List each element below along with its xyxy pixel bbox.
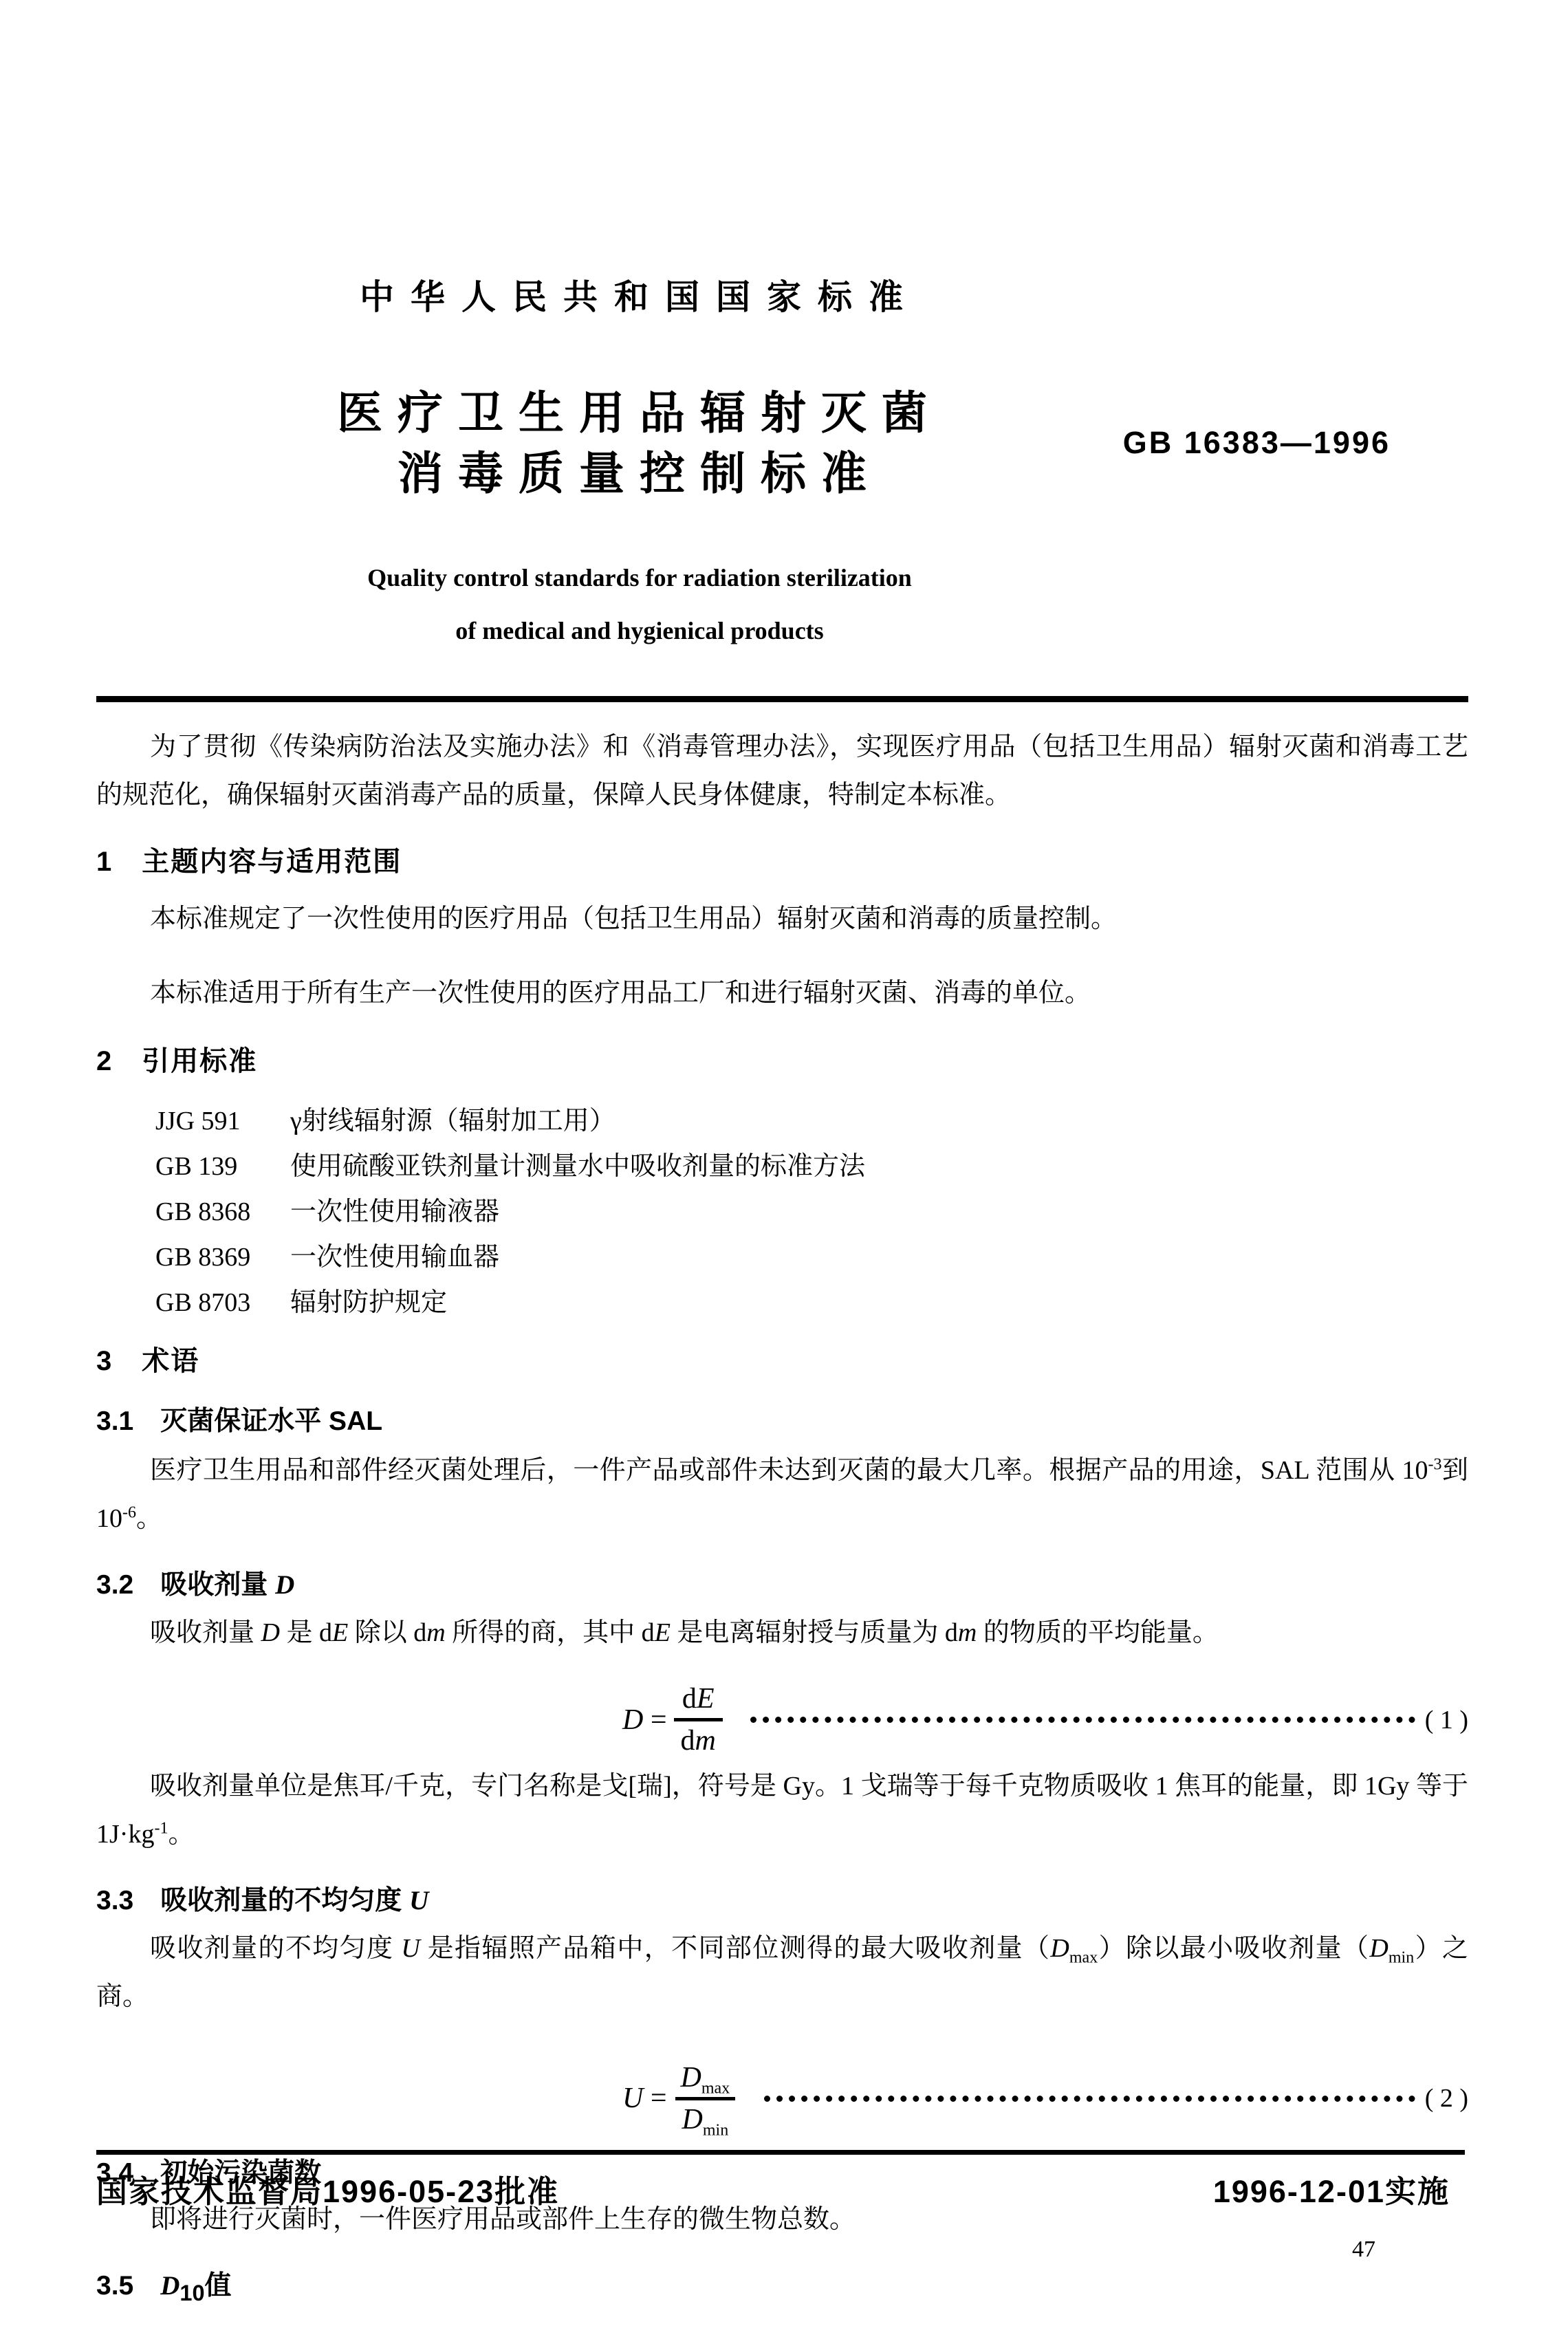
reference-title: 一次性使用输液器 [271,1197,499,1226]
reference-title: 一次性使用输血器 [271,1243,499,1272]
formula-1-dotted-leader [750,1717,1415,1723]
page-number: 47 [1352,2237,1375,2263]
formula-2-dotted-leader [764,2096,1415,2102]
term-3-5-heading: 3.5 D10值 [96,2270,1468,2309]
formula-2-lhs: U = [622,2082,667,2115]
formula-2-numerator: Dmax [674,2062,737,2097]
reference-code: GB 8369 [155,1235,271,1280]
formula-1-lhs: D = [622,1704,667,1737]
formula-1-numerator: dE [675,1683,721,1718]
section-2-heading: 2 引用标准 [96,1045,1468,1078]
footer-divider [96,2150,1465,2155]
section-1-paragraph-1: 本标准规定了一次性使用的医疗用品（包括卫生用品）辐射灭菌和消毒的质量控制。 [96,895,1468,943]
formula-2-fraction: Dmax Dmin [674,2062,737,2135]
document-page: GB 16383—1996 中华人民共和国国家标准 医疗卫生用品辐射灭菌 消毒质… [0,0,1568,2348]
term-3-1-heading: 3.1 灭菌保证水平 SAL [96,1405,1468,1438]
formula-2-denominator: Dmin [675,2097,736,2135]
document-title: 医疗卫生用品辐射灭菌 消毒质量控制标准 [227,382,1052,503]
reference-title: 辐射防护规定 [271,1288,447,1317]
reference-item: GB 8368一次性使用输液器 [155,1189,1468,1235]
formula-2-number: ( 2 ) [1425,2083,1468,2113]
approval-note: 国家技术监督局1996-05-23批准 [96,2166,559,2211]
dose-unit-paragraph: 吸收剂量单位是焦耳/千克，专门名称是戈[瑞]，符号是 Gy。1 戈瑞等于每千克物… [96,1762,1468,1858]
section-3-heading: 3 术语 [96,1345,1468,1378]
reference-code: GB 139 [155,1144,271,1189]
reference-item: GB 8369一次性使用输血器 [155,1235,1468,1280]
footer: 国家技术监督局1996-05-23批准 1996-12-01实施 [96,2166,1450,2211]
english-title-line1: Quality control standards for radiation … [227,552,1052,605]
section-1-heading: 1 主题内容与适用范围 [96,845,1468,878]
foreword-paragraph: 为了贯彻《传染病防治法及实施办法》和《消毒管理办法》，实现医疗用品（包括卫生用品… [96,723,1468,819]
reference-code: GB 8703 [155,1280,271,1325]
standard-code: GB 16383—1996 [1123,425,1391,461]
english-title-line2: of medical and hygienical products [227,605,1052,657]
reference-list: JJG 591γ射线辐射源（辐射加工用） GB 139使用硫酸亚铁剂量计测量水中… [155,1098,1468,1325]
reference-code: GB 8368 [155,1189,271,1235]
term-3-2-heading: 3.2 吸收剂量 D [96,1569,1468,1602]
section-1-paragraph-2: 本标准适用于所有生产一次性使用的医疗用品工厂和进行辐射灭菌、消毒的单位。 [96,969,1468,1017]
implementation-note: 1996-12-01实施 [1213,2166,1450,2211]
english-title: Quality control standards for radiation … [227,552,1052,657]
header-divider [96,696,1468,702]
reference-item: JJG 591γ射线辐射源（辐射加工用） [155,1098,1468,1144]
national-standard-banner: 中华人民共和国国家标准 [227,0,1052,319]
document-title-line2: 消毒质量控制标准 [227,443,1052,503]
formula-1-denominator: dm [674,1718,723,1757]
page-body: 为了贯彻《传染病防治法及实施办法》和《消毒管理办法》，实现医疗用品（包括卫生用品… [0,696,1568,2309]
reference-item: GB 139使用硫酸亚铁剂量计测量水中吸收剂量的标准方法 [155,1144,1468,1189]
reference-title: 使用硫酸亚铁剂量计测量水中吸收剂量的标准方法 [271,1152,865,1181]
formula-1: D = dE dm ( 1 ) [622,1683,1468,1757]
formula-1-number: ( 1 ) [1425,1705,1468,1735]
term-3-2-definition: 吸收剂量 D 是 dE 除以 dm 所得的商，其中 dE 是电离辐射授与质量为 … [96,1609,1468,1657]
reference-title: γ射线辐射源（辐射加工用） [271,1107,616,1135]
term-3-1-definition: 医疗卫生用品和部件经灭菌处理后，一件产品或部件未达到灭菌的最大几率。根据产品的用… [96,1446,1468,1543]
formula-2: U = Dmax Dmin ( 2 ) [622,2047,1468,2150]
document-title-line1: 医疗卫生用品辐射灭菌 [227,382,1052,443]
formula-1-fraction: dE dm [674,1683,723,1757]
reference-item: GB 8703辐射防护规定 [155,1280,1468,1325]
title-block: 中华人民共和国国家标准 医疗卫生用品辐射灭菌 消毒质量控制标准 Quality … [227,0,1052,657]
reference-code: JJG 591 [155,1098,271,1144]
term-3-3-definition: 吸收剂量的不均匀度 U 是指辐照产品箱中，不同部位测得的最大吸收剂量（Dmax）… [96,1924,1468,2021]
term-3-3-heading: 3.3 吸收剂量的不均匀度 U [96,1884,1468,1917]
